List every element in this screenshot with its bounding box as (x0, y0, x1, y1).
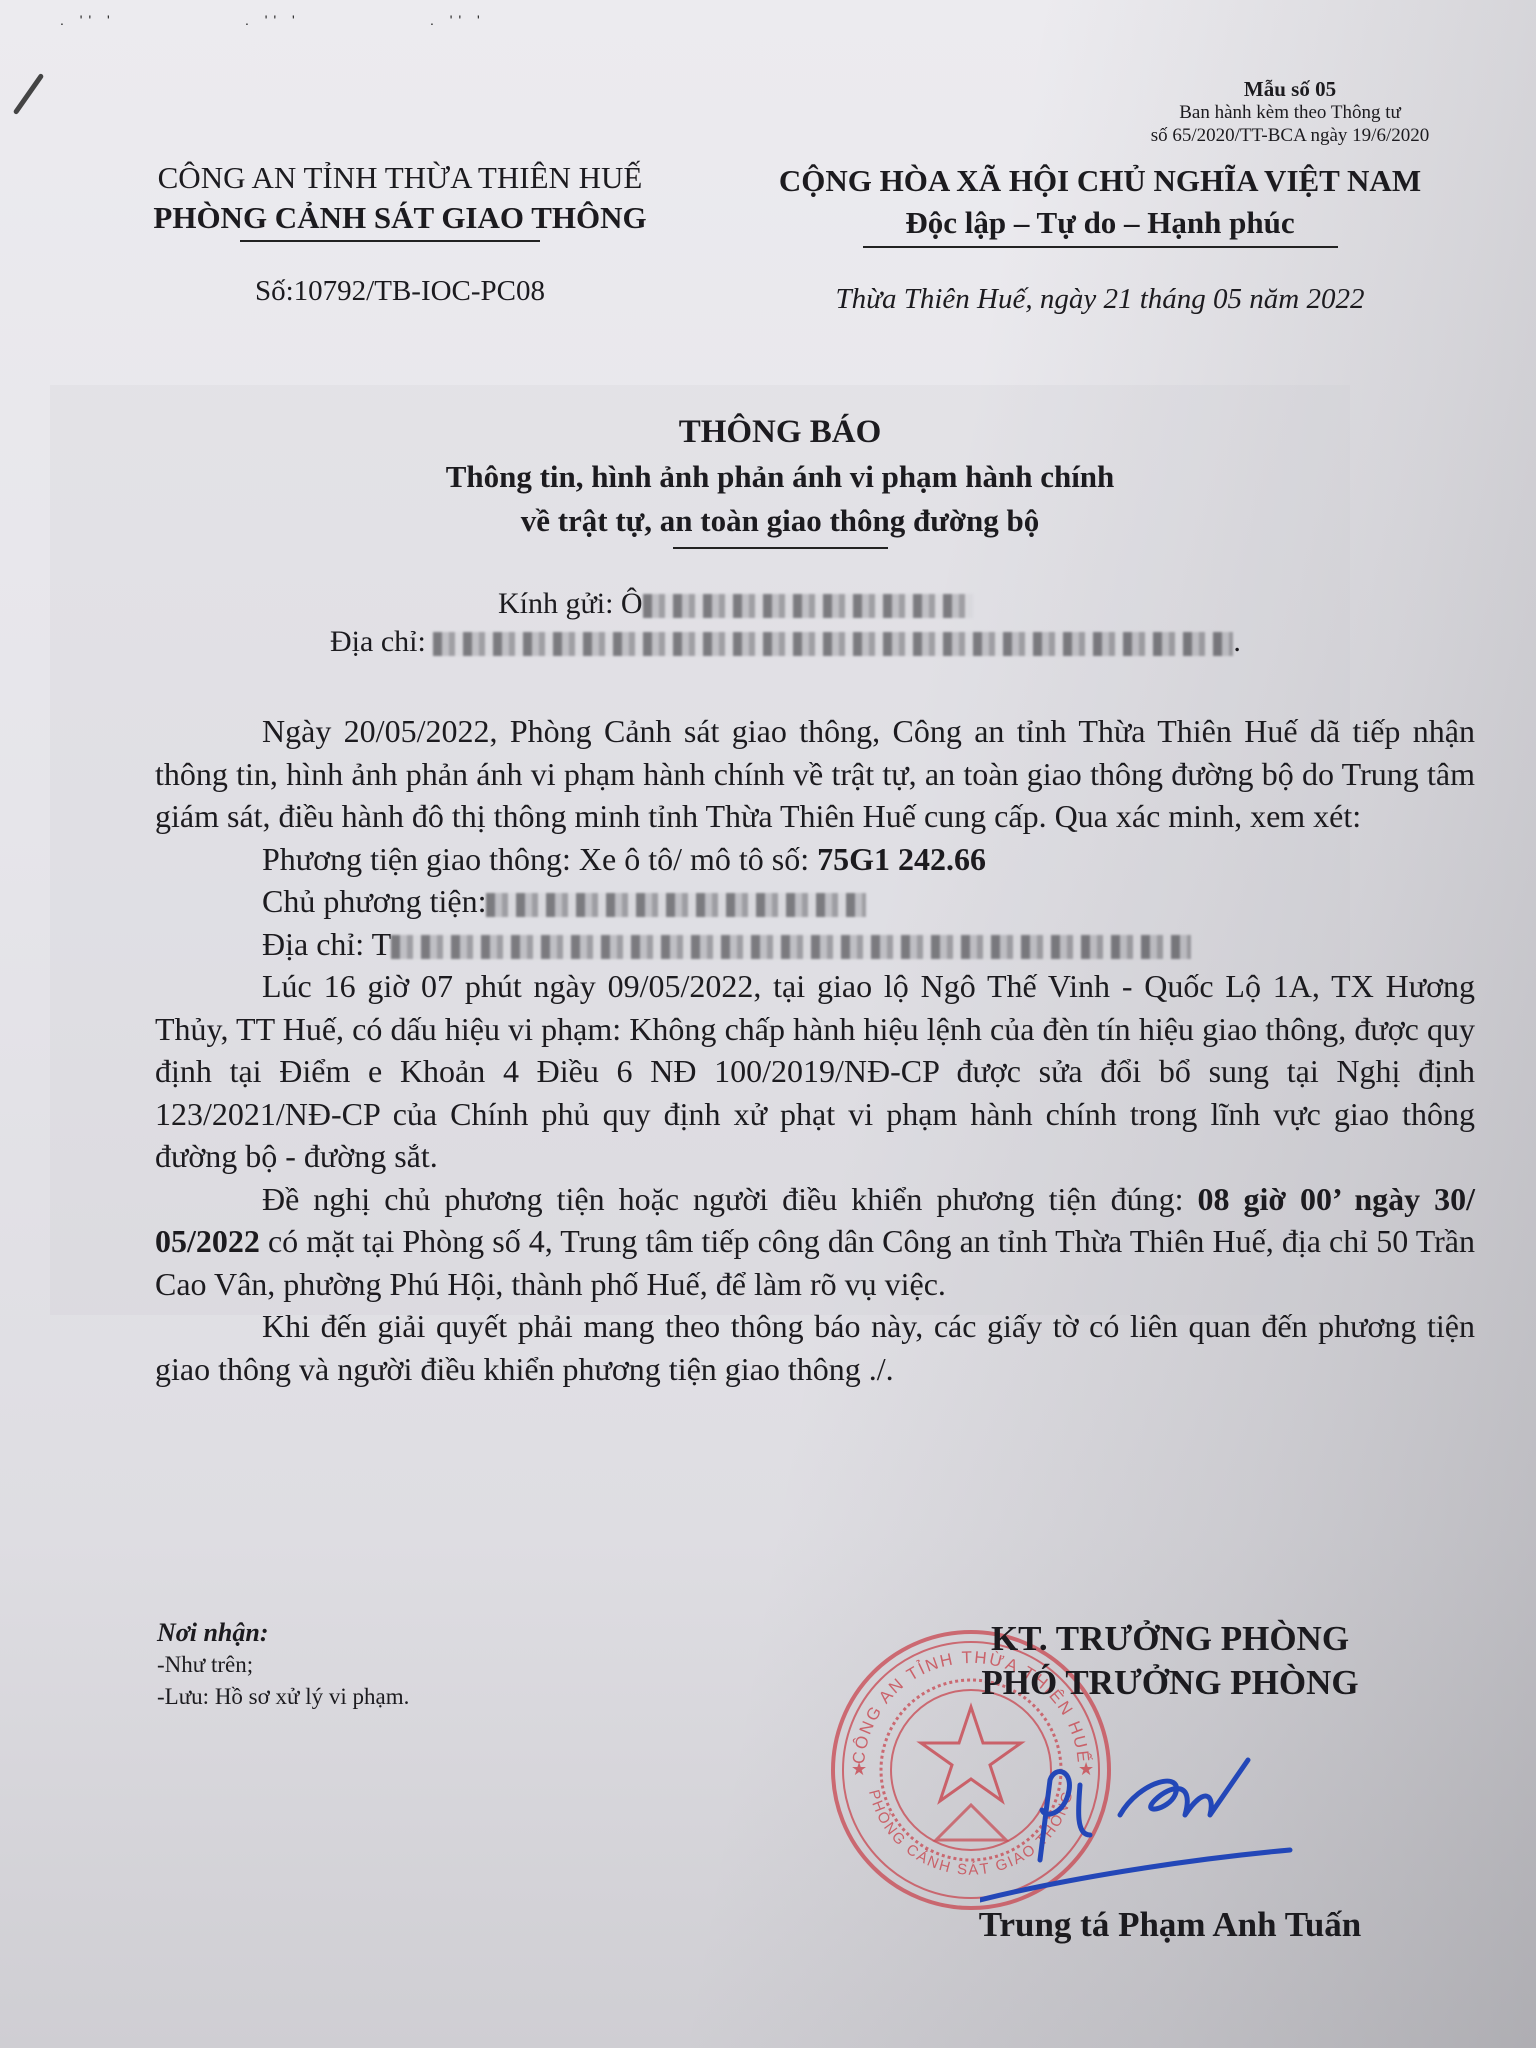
owner-line: Chủ phương tiện: (155, 880, 1475, 923)
title-heading: THÔNG BÁO (330, 410, 1230, 455)
redacted-address (433, 632, 1233, 656)
recipient-block: Kính gửi: Ô Địa chỉ: . (330, 585, 1241, 661)
address-suffix: . (1233, 625, 1241, 658)
intro-paragraph: Ngày 20/05/2022, Phòng Cảnh sát giao thô… (155, 710, 1475, 838)
divider (240, 240, 540, 242)
request-paragraph: Đề nghị chủ phương tiện hoặc người điều … (155, 1178, 1475, 1306)
signer-name: Trung tá Phạm Anh Tuấn (880, 1905, 1460, 1945)
recipient-address-row: Địa chỉ: . (330, 623, 1241, 661)
agency-parent: CÔNG AN TỈNH THỪA THIÊN HUẾ (110, 158, 690, 198)
document-body: Ngày 20/05/2022, Phòng Cảnh sát giao thô… (155, 710, 1475, 1390)
request-suffix: có mặt tại Phòng số 4, Trung tâm tiếp cô… (155, 1223, 1475, 1302)
divider (863, 246, 1338, 248)
punch-marks: . '' ' (430, 12, 486, 28)
title-subtitle-2: về trật tự, an toàn giao thông đường bộ (330, 499, 1230, 543)
recipients-heading: Nơi nhận: (157, 1617, 409, 1649)
closing-paragraph: Khi đến giải quyết phải mang theo thông … (155, 1305, 1475, 1390)
handwritten-signature-icon (980, 1740, 1300, 1930)
document-title: THÔNG BÁO Thông tin, hình ảnh phản ánh v… (330, 410, 1230, 549)
recipients-item: -Lưu: Hồ sơ xử lý vi phạm. (157, 1681, 409, 1713)
title-subtitle-1: Thông tin, hình ảnh phản ánh vi phạm hàn… (330, 455, 1230, 499)
owner-address-line: Địa chỉ: T (155, 923, 1475, 966)
owner-address-label: Địa chỉ: T (262, 926, 391, 962)
svg-text:★: ★ (851, 1759, 867, 1779)
violation-paragraph: Lúc 16 giờ 07 phút ngày 09/05/2022, tại … (155, 965, 1475, 1178)
divider (673, 547, 888, 549)
redacted-owner-address (391, 935, 1191, 959)
form-number-block: Mẫu số 05 Ban hành kèm theo Thông tư số … (1110, 78, 1470, 147)
document-number: Số:10792/TB-IOC-PC08 (110, 275, 690, 308)
agency-department: PHÒNG CẢNH SÁT GIAO THÔNG (110, 198, 690, 238)
recipients-list: Nơi nhận: -Như trên; -Lưu: Hồ sơ xử lý v… (157, 1617, 409, 1713)
form-circular-ref: số 65/2020/TT-BCA ngày 19/6/2020 (1110, 124, 1470, 147)
national-motto: Độc lập – Tự do – Hạnh phúc (720, 202, 1480, 244)
request-prefix: Đề nghị chủ phương tiện hoặc người điều … (262, 1181, 1197, 1217)
signature-line-2: PHÓ TRƯỞNG PHÒNG (880, 1661, 1460, 1705)
vehicle-label: Phương tiện giao thông: Xe ô tô/ mô tô s… (262, 841, 817, 877)
recipient-row: Kính gửi: Ô (330, 585, 1241, 623)
signature-line-1: KT. TRƯỞNG PHÒNG (880, 1617, 1460, 1661)
signature-title: KT. TRƯỞNG PHÒNG PHÓ TRƯỞNG PHÒNG (880, 1617, 1460, 1705)
place-date: Thừa Thiên Huế, ngày 21 tháng 05 năm 202… (720, 283, 1480, 316)
owner-label: Chủ phương tiện: (262, 883, 486, 919)
national-header: CỘNG HÒA XÃ HỘI CHỦ NGHĨA VIỆT NAM Độc l… (720, 160, 1480, 248)
form-number: Mẫu số 05 (1110, 78, 1470, 101)
redacted-name (643, 594, 973, 618)
vehicle-plate: 75G1 242.66 (817, 841, 986, 877)
form-issued-with: Ban hành kèm theo Thông tư (1110, 101, 1470, 124)
issuing-agency: CÔNG AN TỈNH THỪA THIÊN HUẾ PHÒNG CẢNH S… (110, 158, 690, 242)
recipient-label: Kính gửi: Ô (498, 587, 643, 620)
country-name: CỘNG HÒA XÃ HỘI CHỦ NGHĨA VIỆT NAM (720, 160, 1480, 202)
address-label: Địa chỉ: (330, 625, 426, 658)
redacted-owner (486, 893, 866, 917)
punch-marks: . '' ' (60, 12, 116, 28)
recipients-item: -Như trên; (157, 1649, 409, 1681)
vehicle-line: Phương tiện giao thông: Xe ô tô/ mô tô s… (155, 838, 1475, 881)
punch-marks: . '' ' (245, 12, 301, 28)
